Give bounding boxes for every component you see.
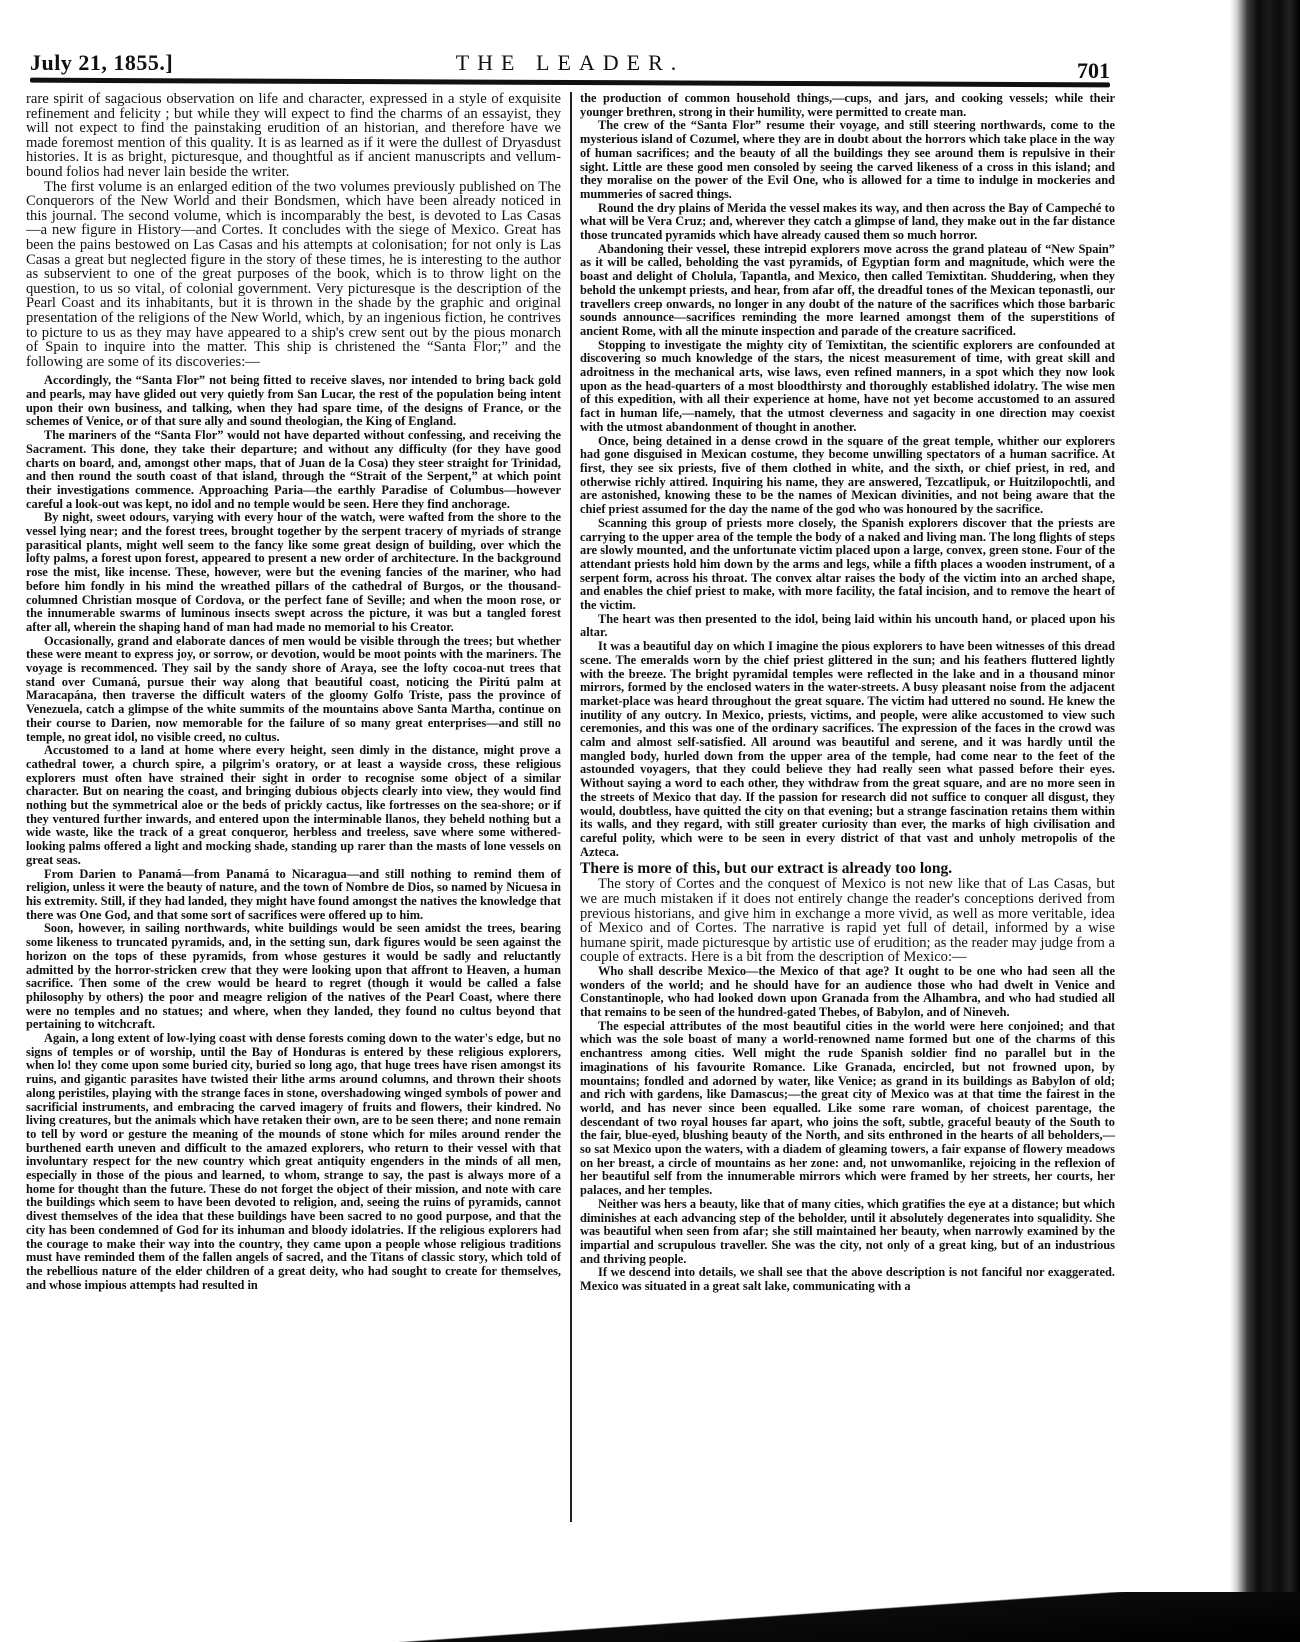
extract-paragraph: Scanning this group of priests more clos… bbox=[580, 517, 1115, 613]
review-paragraph: rare spirit of sagacious observation on … bbox=[26, 92, 561, 180]
right-column: the production of common household thing… bbox=[580, 92, 1115, 1294]
extract-paragraph: Who shall describe Mexico—the Mexico of … bbox=[580, 965, 1115, 1020]
review-paragraph: The first volume is an enlarged edition … bbox=[26, 180, 561, 370]
binding-shadow bbox=[1230, 0, 1300, 1642]
extract-paragraph: By night, sweet odours, varying with eve… bbox=[26, 511, 561, 634]
column-divider bbox=[570, 92, 572, 1522]
extract-paragraph: The especial attributes of the most beau… bbox=[580, 1020, 1115, 1198]
extract-paragraph: Neither was hers a beauty, like that of … bbox=[580, 1198, 1115, 1267]
extract-paragraph: Soon, however, in sailing northwards, wh… bbox=[26, 922, 561, 1032]
newspaper-page: July 21, 1855.] THE LEADER. 701 rare spi… bbox=[0, 0, 1300, 1642]
extract-paragraph: Once, being detained in a dense crowd in… bbox=[580, 435, 1115, 517]
extract-paragraph: Stopping to investigate the mighty city … bbox=[580, 339, 1115, 435]
extract-paragraph: Accustomed to a land at home where every… bbox=[26, 744, 561, 867]
extract-paragraph: Round the dry plains of Merida the vesse… bbox=[580, 202, 1115, 243]
commentary-paragraph: The story of Cortes and the conquest of … bbox=[580, 877, 1115, 965]
extract-paragraph: The heart was then presented to the idol… bbox=[580, 613, 1115, 640]
extract-paragraph: If we descend into details, we shall see… bbox=[580, 1266, 1115, 1293]
extract-paragraph: The mariners of the “Santa Flor” would n… bbox=[26, 429, 561, 511]
extract-paragraph: Accordingly, the “Santa Flor” not being … bbox=[26, 374, 561, 429]
newspaper-title: THE LEADER. bbox=[30, 50, 1110, 76]
page-edge-shadow bbox=[0, 1592, 1300, 1642]
extract-paragraph: Again, a long extent of low-lying coast … bbox=[26, 1032, 561, 1292]
extract-paragraph: Abandoning their vessel, these intrepid … bbox=[580, 243, 1115, 339]
page-number: 701 bbox=[1077, 58, 1110, 84]
extract-paragraph: Occasionally, grand and elaborate dances… bbox=[26, 635, 561, 745]
extract-paragraph: It was a beautiful day on which I imagin… bbox=[580, 640, 1115, 859]
extract-paragraph: From Darien to Panamá—from Panamá to Nic… bbox=[26, 868, 561, 923]
extract-paragraph: The crew of the “Santa Flor” resume thei… bbox=[580, 119, 1115, 201]
extract-paragraph: the production of common household thing… bbox=[580, 92, 1115, 119]
commentary-paragraph: There is more of this, but our extract i… bbox=[580, 861, 1115, 877]
left-column: rare spirit of sagacious observation on … bbox=[26, 92, 561, 1292]
